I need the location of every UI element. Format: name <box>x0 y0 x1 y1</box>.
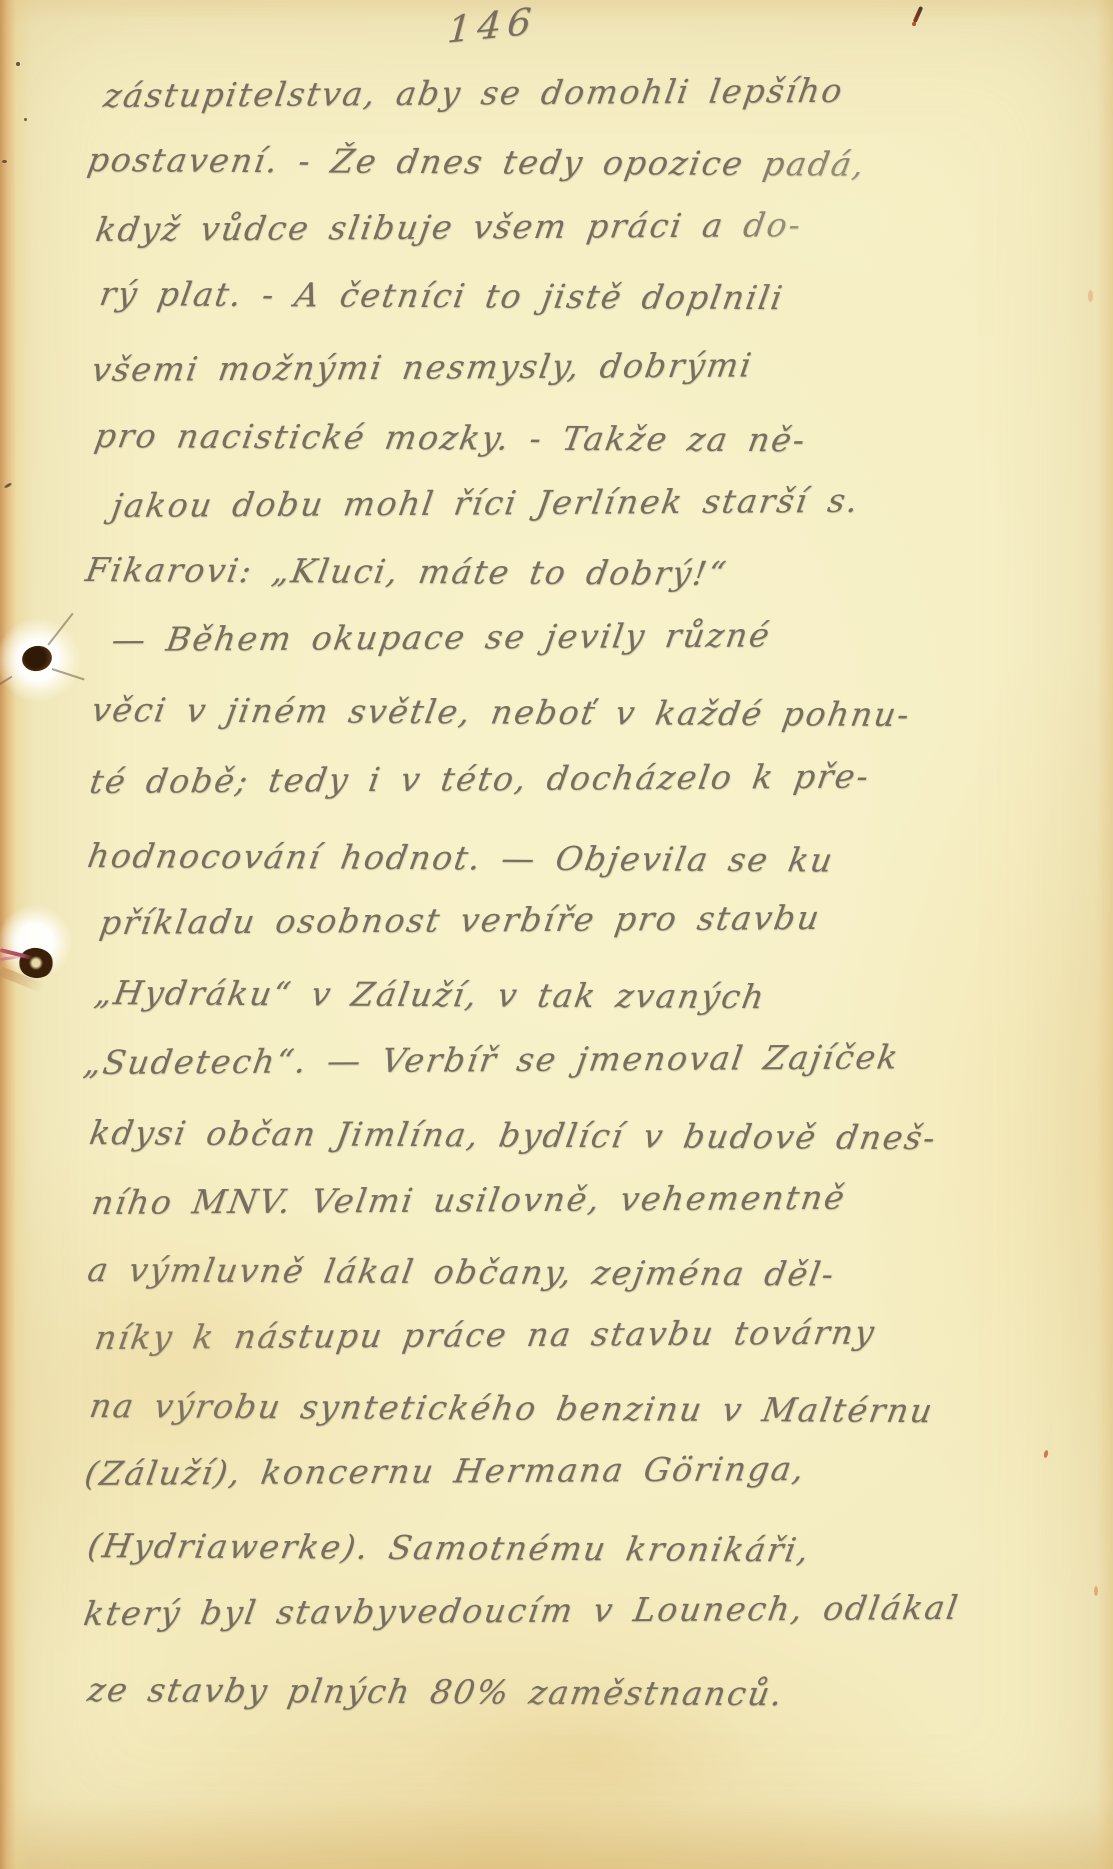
handwritten-line: té době; tedy i v této, docházelo k pře- <box>87 759 872 801</box>
handwritten-line: — Během okupace se jevily různé <box>109 617 773 658</box>
handwritten-line: (Záluží), koncernu Hermana Göringa, <box>82 1451 808 1492</box>
handwritten-line: „Sudetech“. — Verbíř se jmenoval Zajíček <box>81 1039 902 1081</box>
handwritten-line: ze stavby plných 80% zaměstnanců. <box>85 1672 787 1713</box>
ink-stroke <box>913 6 924 23</box>
handwritten-line: postavení. - Že dnes tedy opozice padá, <box>85 142 868 183</box>
handwritten-line: kdysi občan Jimlína, bydlící v budově dn… <box>87 1115 940 1156</box>
handwritten-line: „Hydráku“ v Záluží, v tak zvaných <box>92 975 768 1015</box>
handwritten-line: hodnocování hodnot. — Objevila se ku <box>85 838 837 879</box>
paper-fleck <box>1088 290 1093 302</box>
handwritten-line: a výmluvně lákal občany, zejména děl- <box>85 1252 838 1293</box>
handwritten-line: (Hydriawerke). Samotnému kronikáři, <box>85 1528 813 1569</box>
handwritten-line: když vůdce slibuje všem práci a do- <box>93 207 804 248</box>
chronicle-scan-page: 146 zástupitelstva, aby se domohli lepší… <box>0 0 1113 1869</box>
paper-speck <box>16 62 20 66</box>
ink-dot <box>912 22 916 26</box>
paper-speck <box>2 160 7 163</box>
paper-fleck <box>1043 1450 1049 1459</box>
handwritten-line: rý plat. - A četníci to jistě doplnili <box>97 276 787 316</box>
paper-speck <box>24 118 27 121</box>
handwritten-line: který byl stavbyvedoucím v Lounech, odlá… <box>81 1590 962 1632</box>
handwritten-line: jakou dobu mohl říci Jerlínek starší s. <box>109 483 862 525</box>
paper-speck <box>4 482 12 489</box>
handwritten-line: ního MNV. Velmi usilovně, vehementně <box>89 1180 848 1222</box>
handwritten-line: příkladu osobnost verbíře pro stavbu <box>97 900 823 941</box>
paper-fleck <box>1094 1586 1098 1596</box>
handwritten-line: Fikarovi: „Kluci, máte to dobrý!“ <box>83 552 730 592</box>
handwritten-line: níky k nástupu práce na stavbu továrny <box>92 1315 878 1357</box>
handwritten-line: zástupitelstva, aby se domohli lepšího <box>101 73 846 114</box>
handwritten-line: na výrobu syntetického benzinu v Maltérn… <box>87 1388 936 1429</box>
handwritten-line: všemi možnými nesmysly, dobrými <box>89 347 755 388</box>
page-number: 146 <box>446 0 539 52</box>
handwritten-line: pro nacistické mozky. - Takže za ně- <box>92 418 809 459</box>
handwritten-line: věci v jiném světle, neboť v každé pohnu… <box>89 692 914 733</box>
